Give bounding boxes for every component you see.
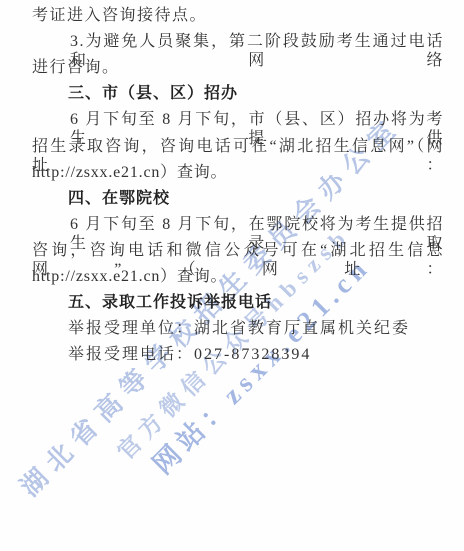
section-heading-hubei-colleges: 四、在鄂院校	[68, 189, 444, 208]
document-body: 考证进入咨询接待点。 3.为避免人员聚集，第二阶段鼓励考生通过电话和网络 进行咨…	[0, 0, 464, 551]
document-line: 进行咨询。	[32, 58, 444, 77]
document-line-report-unit: 举报受理单位：湖北省教育厅直属机关纪委	[68, 319, 444, 338]
document-line-url: http://zsxx.e21.cn）查询。	[32, 267, 444, 286]
section-heading-city-county: 三、市（县、区）招办	[68, 84, 444, 103]
scanned-document-page: 湖北省高等学校招生委员会办公室 官方微信公众号hbszsb 网站：zsxx.e2…	[0, 0, 464, 551]
section-heading-complaint-hotline: 五、录取工作投诉举报电话	[68, 293, 444, 312]
document-line-report-phone: 举报受理电话：027-87328394	[68, 345, 444, 364]
document-line-url: http://zsxx.e21.cn）查询。	[32, 163, 444, 182]
document-line: 考证进入咨询接待点。	[32, 6, 444, 25]
